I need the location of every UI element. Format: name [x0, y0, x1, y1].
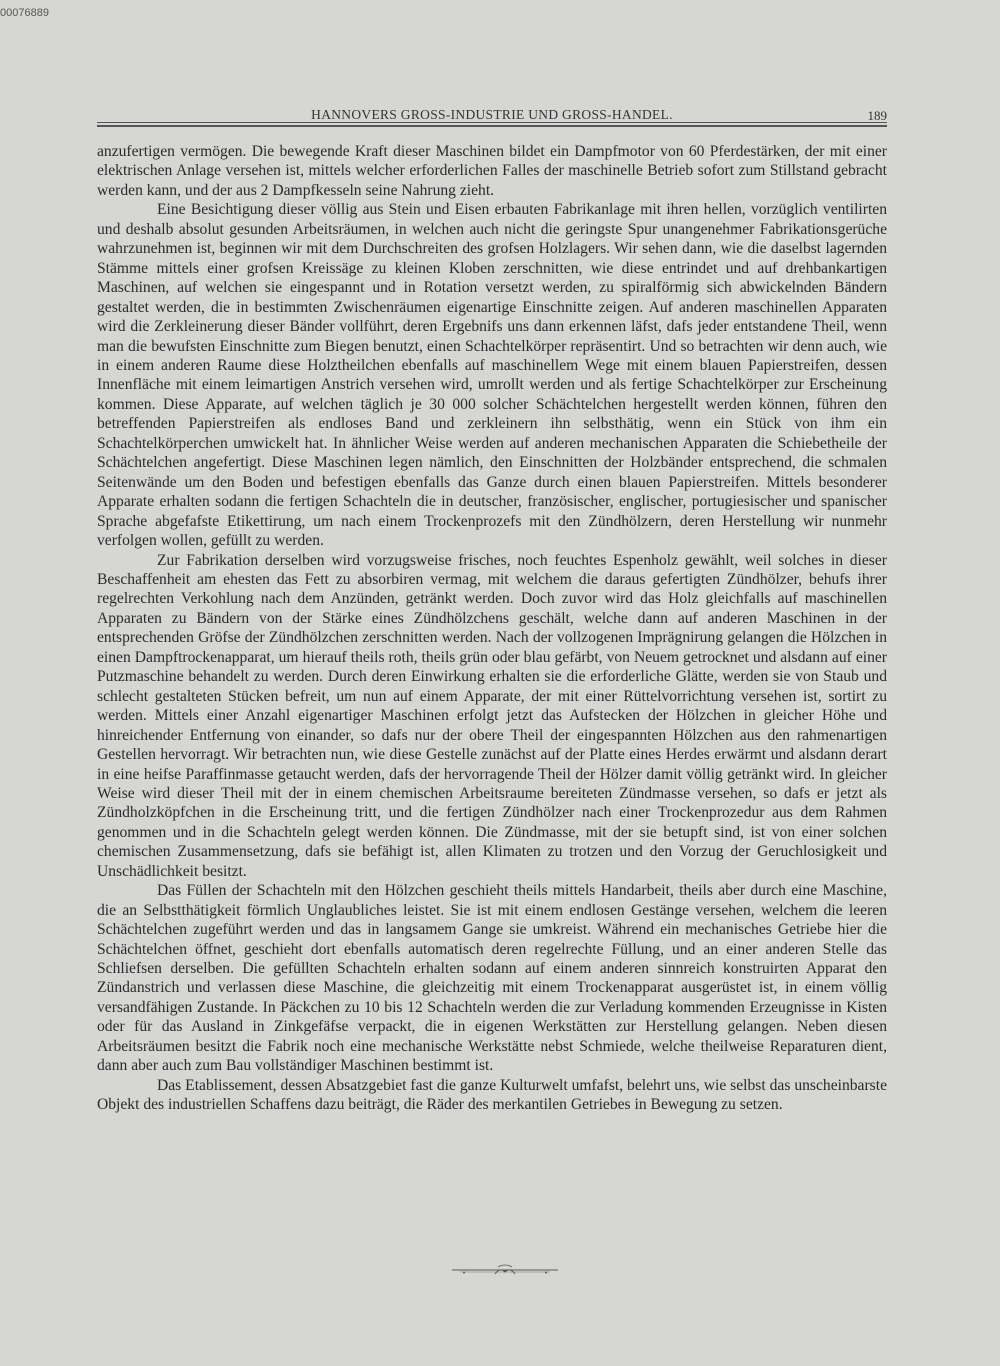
paragraph-3: Zur Fabrikation derselben wird vorzugswe… — [97, 551, 887, 882]
header-rule — [97, 122, 887, 127]
paragraph-5: Das Etablissement, dessen Absatzgebiet f… — [97, 1076, 887, 1115]
paragraph-1: anzufertigen vermögen. Die bewegende Kra… — [97, 142, 887, 200]
scan-id-label: 00076889 — [0, 7, 49, 19]
paragraph-4: Das Füllen der Schachteln mit den Hölzch… — [97, 881, 887, 1076]
tailpiece-ornament-icon — [450, 1262, 560, 1278]
body-text: anzufertigen vermögen. Die bewegende Kra… — [97, 142, 887, 1115]
running-title: HANNOVERS GROSS-INDUSTRIE UND GROSS-HAND… — [97, 107, 887, 123]
paragraph-2: Eine Besichtigung dieser völlig aus Stei… — [97, 200, 887, 550]
